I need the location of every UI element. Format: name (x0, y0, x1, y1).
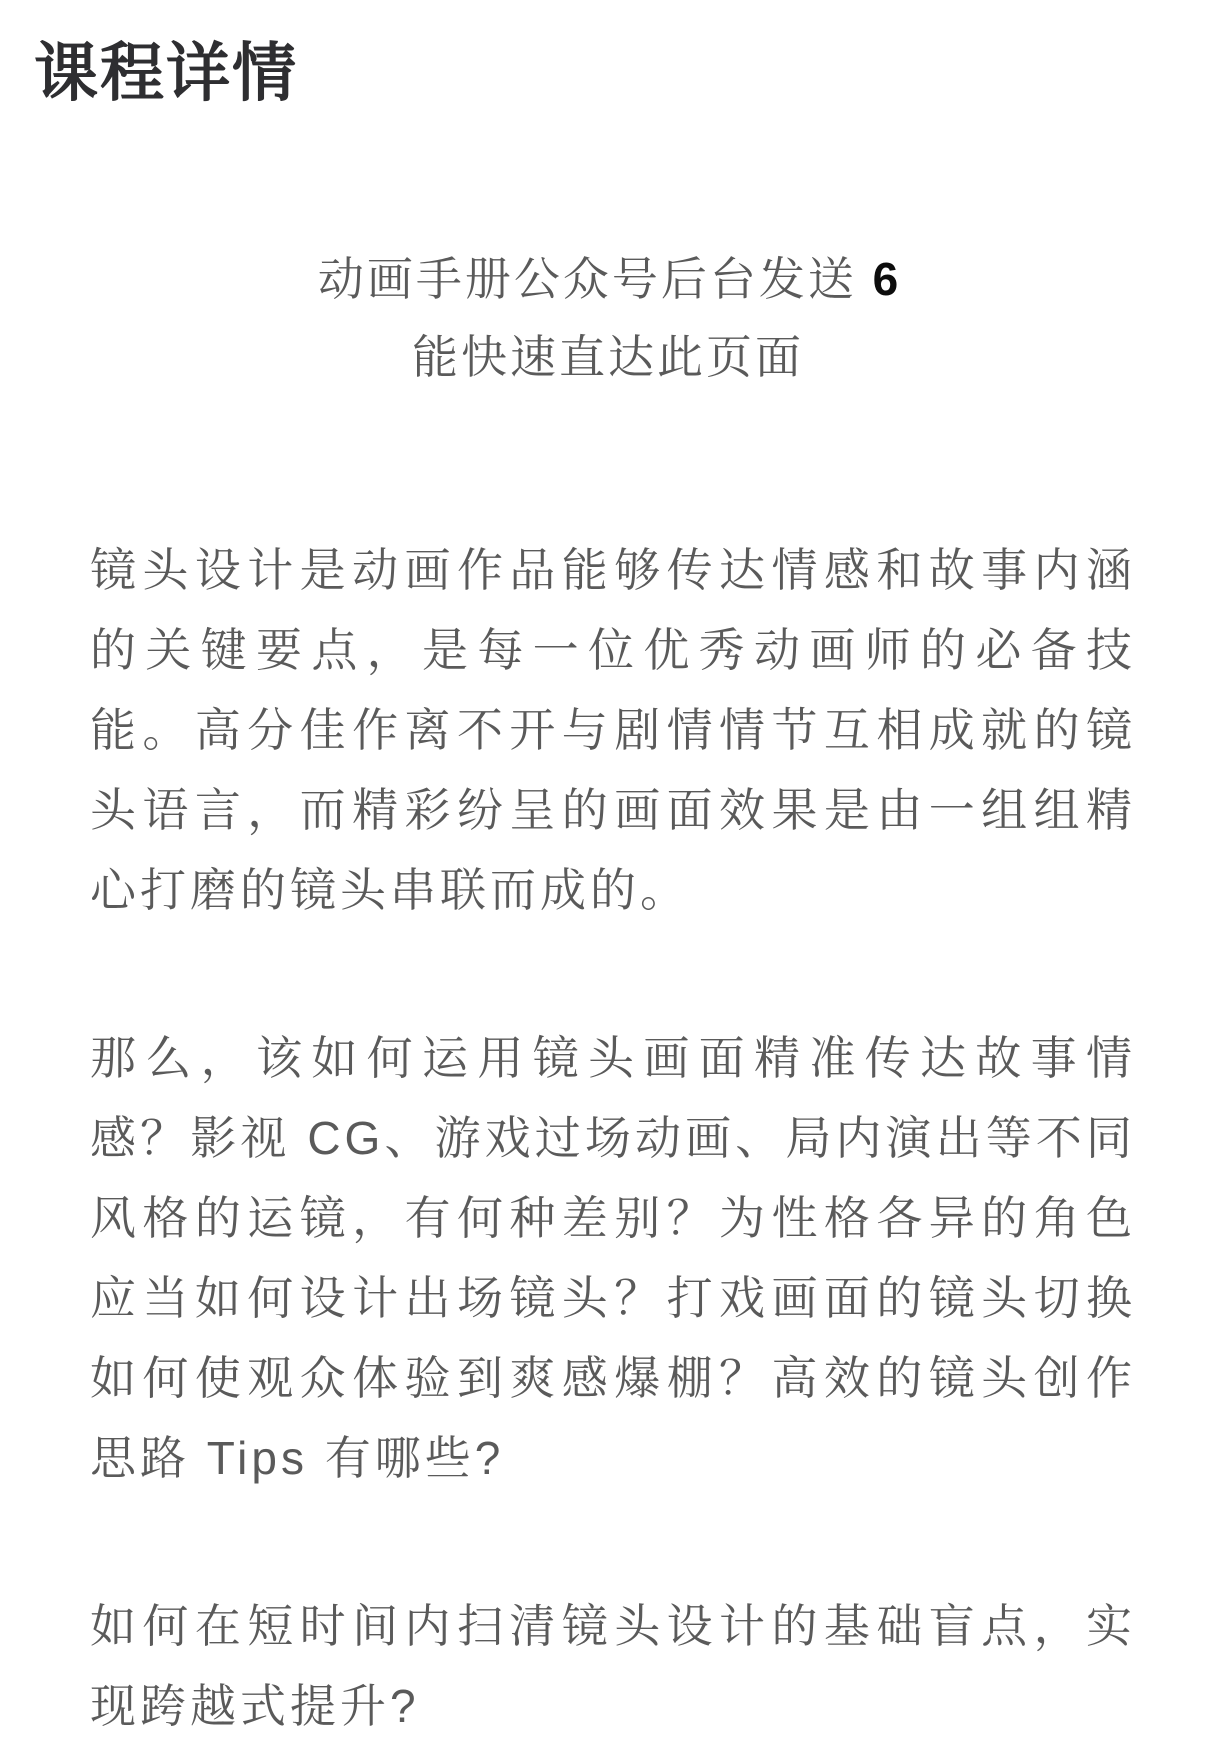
body-paragraph-3: 如何在短时间内扫清镜头设计的基础盲点，实现跨越式提升? (90, 1586, 1136, 1746)
notice-keyword: 6 (873, 253, 899, 305)
body-paragraph-2: 那么，该如何运用镜头画面精准传达故事情感？影视 CG、游戏过场动画、局内演出等不… (90, 1018, 1136, 1498)
notice-block: 动画手册公众号后台发送 6 能快速直达此页面 (0, 240, 1216, 396)
article-body: 镜头设计是动画作品能够传达情感和故事内涵的关键要点，是每一位优秀动画师的必备技能… (0, 530, 1216, 1746)
notice-line-1: 动画手册公众号后台发送 6 (0, 240, 1216, 318)
notice-line-1-text: 动画手册公众号后台发送 (318, 253, 873, 305)
page-title: 课程详情 (34, 36, 1216, 110)
body-paragraph-1: 镜头设计是动画作品能够传达情感和故事内涵的关键要点，是每一位优秀动画师的必备技能… (90, 530, 1136, 930)
notice-line-2: 能快速直达此页面 (0, 318, 1216, 396)
